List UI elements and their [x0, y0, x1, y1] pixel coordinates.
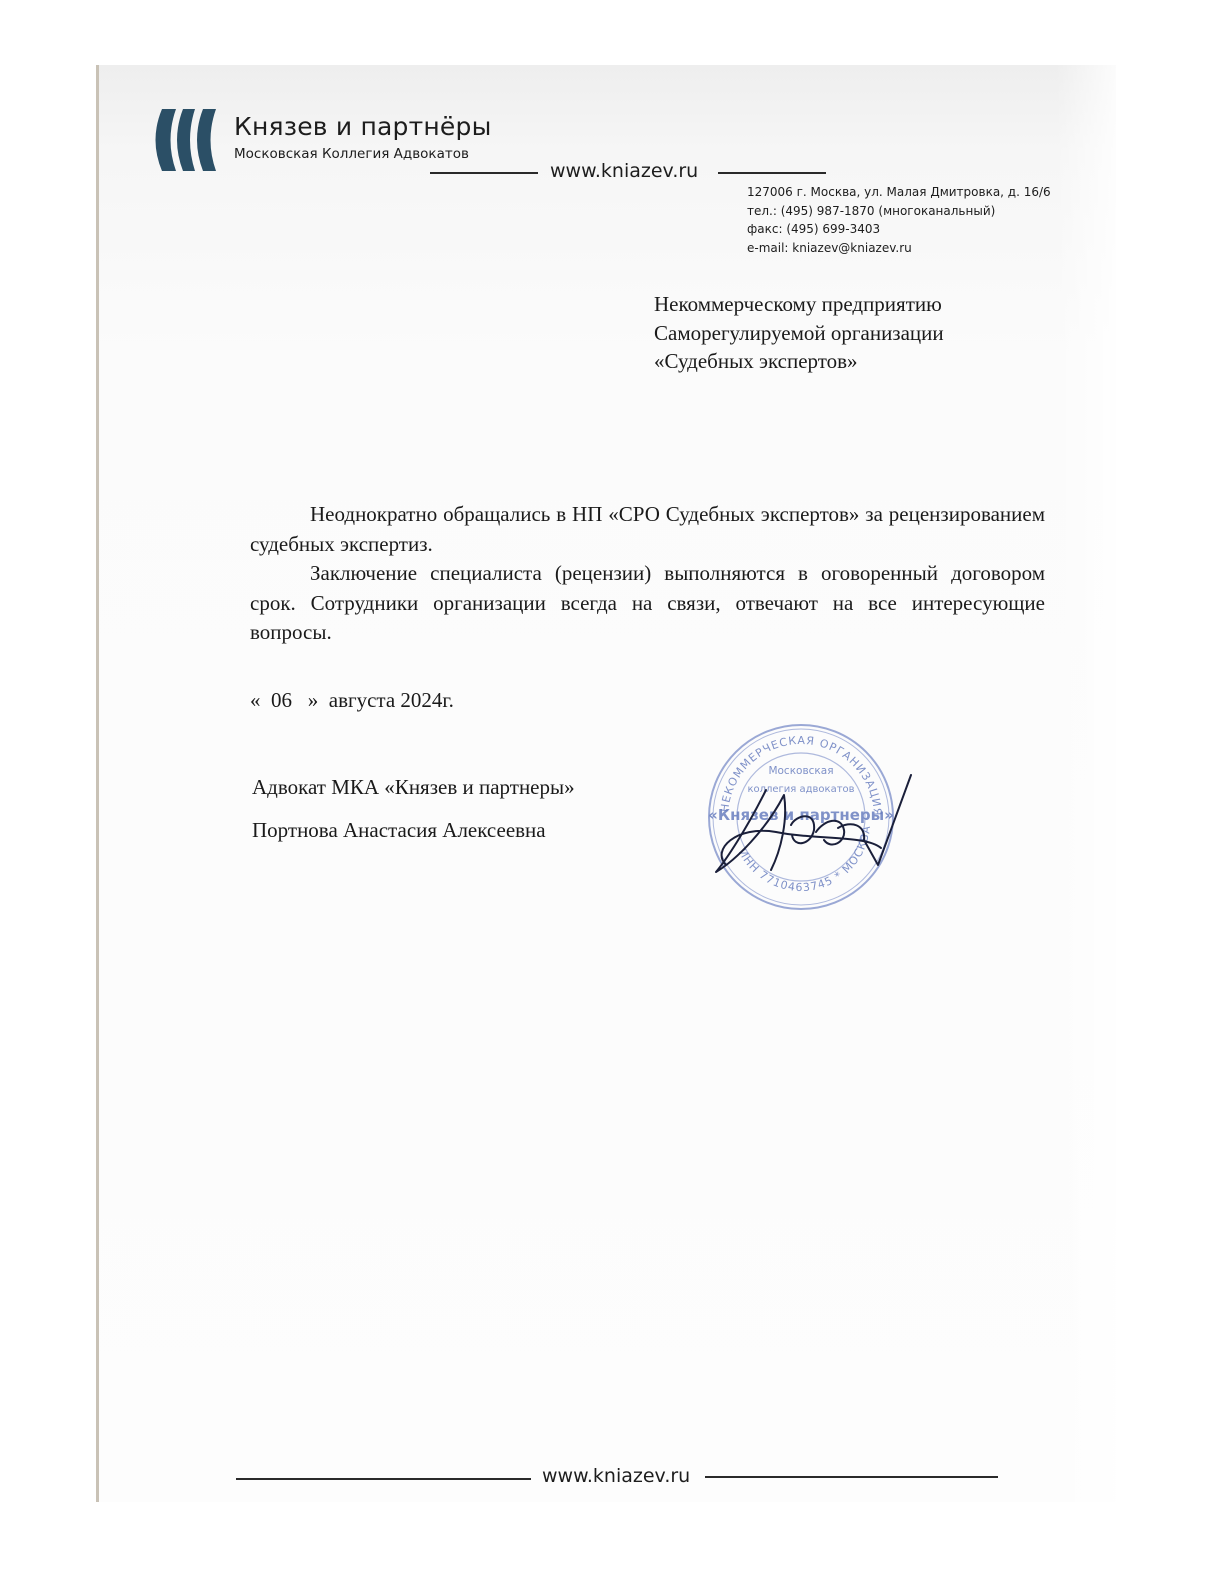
letter-page: [96, 65, 1116, 1502]
letter-body: Неоднократно обращались в НП «СРО Судебн…: [250, 500, 1045, 648]
addressee-line: Некоммерческому предприятию: [654, 290, 944, 319]
contact-fax: факс: (495) 699-3403: [747, 220, 1051, 239]
contact-email[interactable]: e-mail: kniazev@kniazev.ru: [747, 239, 1051, 258]
brand-subtitle: Московская Коллегия Адвокатов: [234, 146, 469, 162]
letter-date: « 06 » августа 2024г.: [250, 688, 454, 713]
contact-block: 127006 г. Москва, ул. Малая Дмитровка, д…: [747, 183, 1051, 257]
brand-name: Князев и партнёры: [234, 112, 492, 141]
contact-address: 127006 г. Москва, ул. Малая Дмитровка, д…: [747, 183, 1051, 202]
addressee-block: Некоммерческому предприятию Саморегулиру…: [654, 290, 944, 376]
company-logo-icon: [148, 108, 218, 172]
signer-name: Портнова Анастасия Алексеевна: [252, 818, 546, 843]
addressee-line: «Судебных экспертов»: [654, 347, 944, 376]
body-paragraph: Заключение специалиста (рецензии) выполн…: [250, 559, 1045, 648]
handwritten-signature-icon: [706, 770, 916, 885]
footer-rule-right: [705, 1476, 998, 1478]
header-rule-left: [430, 172, 538, 174]
footer-website-link[interactable]: www.kniazev.ru: [542, 1465, 690, 1487]
addressee-line: Саморегулируемой организации: [654, 319, 944, 348]
signer-title: Адвокат МКА «Князев и партнеры»: [252, 775, 575, 800]
body-paragraph: Неоднократно обращались в НП «СРО Судебн…: [250, 500, 1045, 559]
header-website-link[interactable]: www.kniazev.ru: [550, 160, 698, 182]
footer-rule-left: [236, 1478, 531, 1480]
header-rule-right: [718, 172, 826, 174]
contact-phone: тел.: (495) 987-1870 (многоканальный): [747, 202, 1051, 221]
